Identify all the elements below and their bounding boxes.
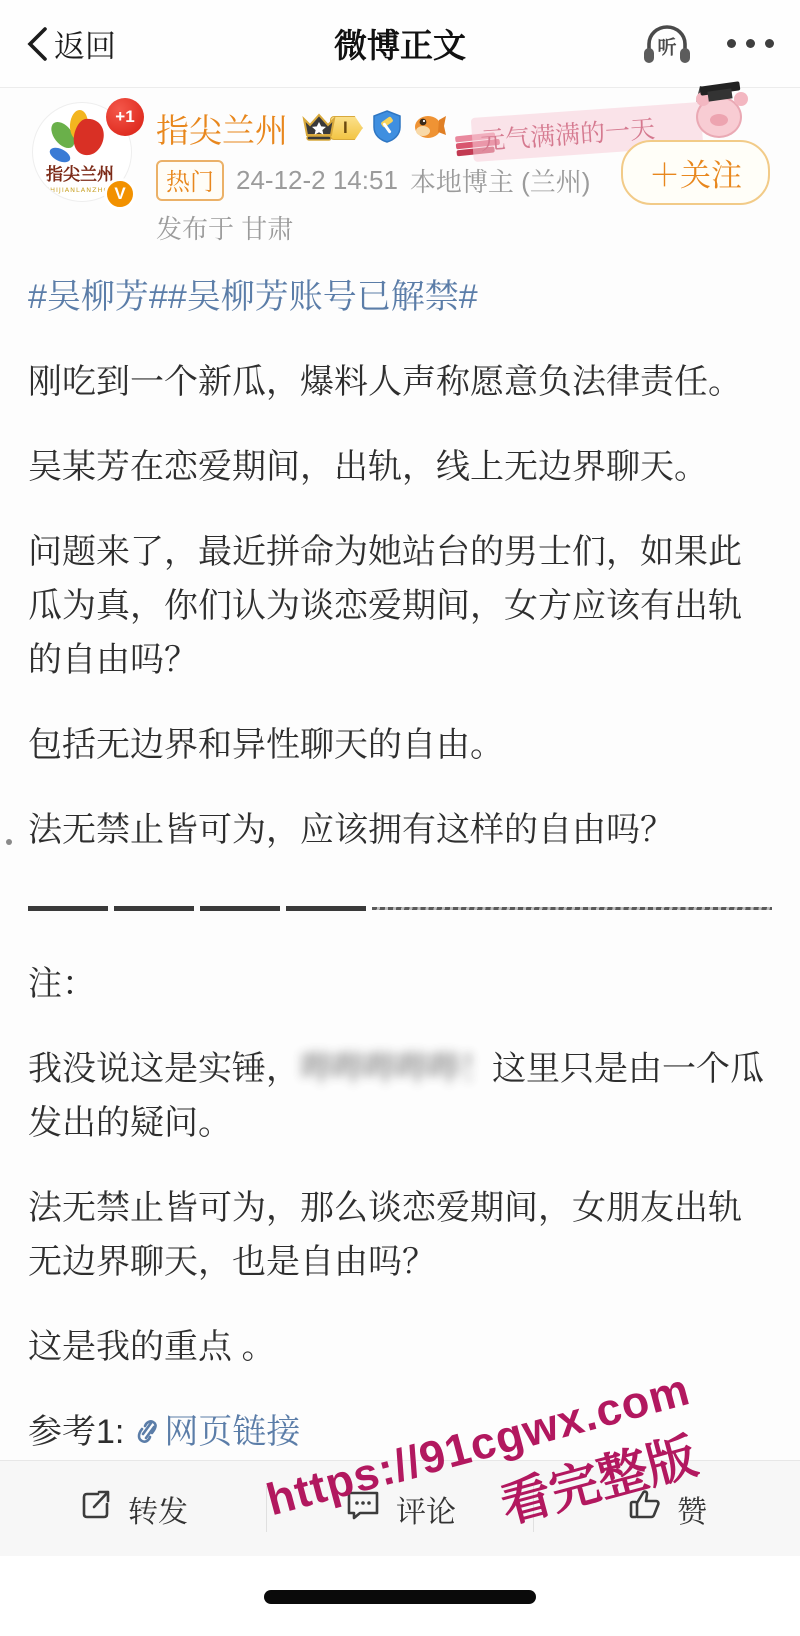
- post-paragraph: 吴某芳在恋爱期间，出轨，线上无边界聊天。: [28, 440, 772, 494]
- hot-tag: 热门: [156, 160, 224, 201]
- avatar[interactable]: 指尖兰州 ZHIJIANLANZHOU +1 V: [32, 102, 136, 206]
- censored-before: 我没说这是实锤，: [28, 1050, 300, 1088]
- repost-label: 转发: [128, 1487, 188, 1531]
- section-divider: [28, 905, 772, 911]
- level-badge: I: [300, 109, 363, 148]
- location-line: 发布于 甘肃: [156, 209, 772, 246]
- username[interactable]: 指尖兰州: [156, 105, 288, 152]
- like-label: 赞: [677, 1487, 707, 1531]
- timestamp: 24-12-2 14:51: [236, 165, 398, 196]
- post-content: #吴柳芳##吴柳芳账号已解禁# 刚吃到一个新瓜，爆料人声称愿意负法律责任。 吴某…: [0, 250, 800, 1459]
- post-paragraph-censored: 我没说这是实锤，哔哔哔哔哔！这里只是由一个瓜发出的疑问。: [28, 1042, 772, 1150]
- more-options-icon[interactable]: [727, 39, 774, 48]
- nav-bar: 返回 微博正文 听: [0, 0, 800, 88]
- comment-icon: [344, 1487, 382, 1531]
- plus-one-badge: +1: [106, 98, 144, 136]
- repost-icon: [78, 1487, 114, 1531]
- post-paragraph: 问题来了，最近拼命为她站台的男士们，如果此瓜为真，你们认为谈恋爱期间，女方应该有…: [28, 525, 772, 687]
- listen-headphones-icon[interactable]: 听: [641, 20, 693, 68]
- weibo-post-screen: 返回 微博正文 听 元气满满的一天: [0, 0, 800, 1636]
- censored-text: 哔哔哔哔哔！: [300, 1050, 492, 1088]
- verified-v-badge: V: [104, 178, 136, 210]
- action-toolbar: 转发 评论 赞: [0, 1460, 800, 1556]
- follow-button[interactable]: ＋关注: [621, 140, 770, 205]
- reference-line: 参考1: 网页链接: [28, 1405, 772, 1459]
- link-icon: [134, 1417, 160, 1447]
- source-label: 本地博主 (兰州): [410, 162, 591, 199]
- post-paragraph: 法无禁止皆可为，应该拥有这样的自由吗？: [28, 803, 772, 857]
- post-header: 元气满满的一天 指尖兰州 ZHIJIANLANZHOU: [0, 88, 800, 250]
- hashtag-links[interactable]: #吴柳芳##吴柳芳账号已解禁#: [28, 270, 772, 324]
- back-chevron-icon: [26, 26, 48, 62]
- comment-label: 评论: [396, 1487, 456, 1531]
- post-paragraph: 法无禁止皆可为，那么谈恋爱期间，女朋友出轨无边界聊天，也是自由吗？: [28, 1181, 772, 1289]
- crown-icon: [300, 109, 338, 148]
- listen-glyph: 听: [657, 33, 676, 60]
- like-thumbs-up-icon: [627, 1487, 663, 1531]
- repost-button[interactable]: 转发: [0, 1487, 266, 1531]
- post-paragraph: 注：: [28, 957, 772, 1011]
- home-indicator[interactable]: [264, 1590, 536, 1604]
- link-text: 网页链接: [164, 1405, 300, 1459]
- shield-gavel-badge-icon: [371, 109, 403, 148]
- home-indicator-area: [0, 1556, 800, 1636]
- svg-text:指尖兰州: 指尖兰州: [46, 164, 114, 185]
- back-label: 返回: [54, 21, 116, 66]
- fish-badge-icon: [411, 110, 447, 147]
- webpage-link[interactable]: 网页链接: [134, 1405, 300, 1459]
- post-paragraph: 刚吃到一个新瓜，爆料人声称愿意负法律责任。: [28, 355, 772, 409]
- like-button[interactable]: 赞: [534, 1487, 800, 1531]
- footer: 转发 评论 赞: [0, 1460, 800, 1636]
- post-paragraph: 包括无边界和异性聊天的自由。: [28, 718, 772, 772]
- back-button[interactable]: 返回: [26, 21, 116, 66]
- reference-label: 参考1:: [28, 1405, 124, 1459]
- comment-button[interactable]: 评论: [267, 1487, 533, 1531]
- post-paragraph: 这是我的重点 。: [28, 1320, 772, 1374]
